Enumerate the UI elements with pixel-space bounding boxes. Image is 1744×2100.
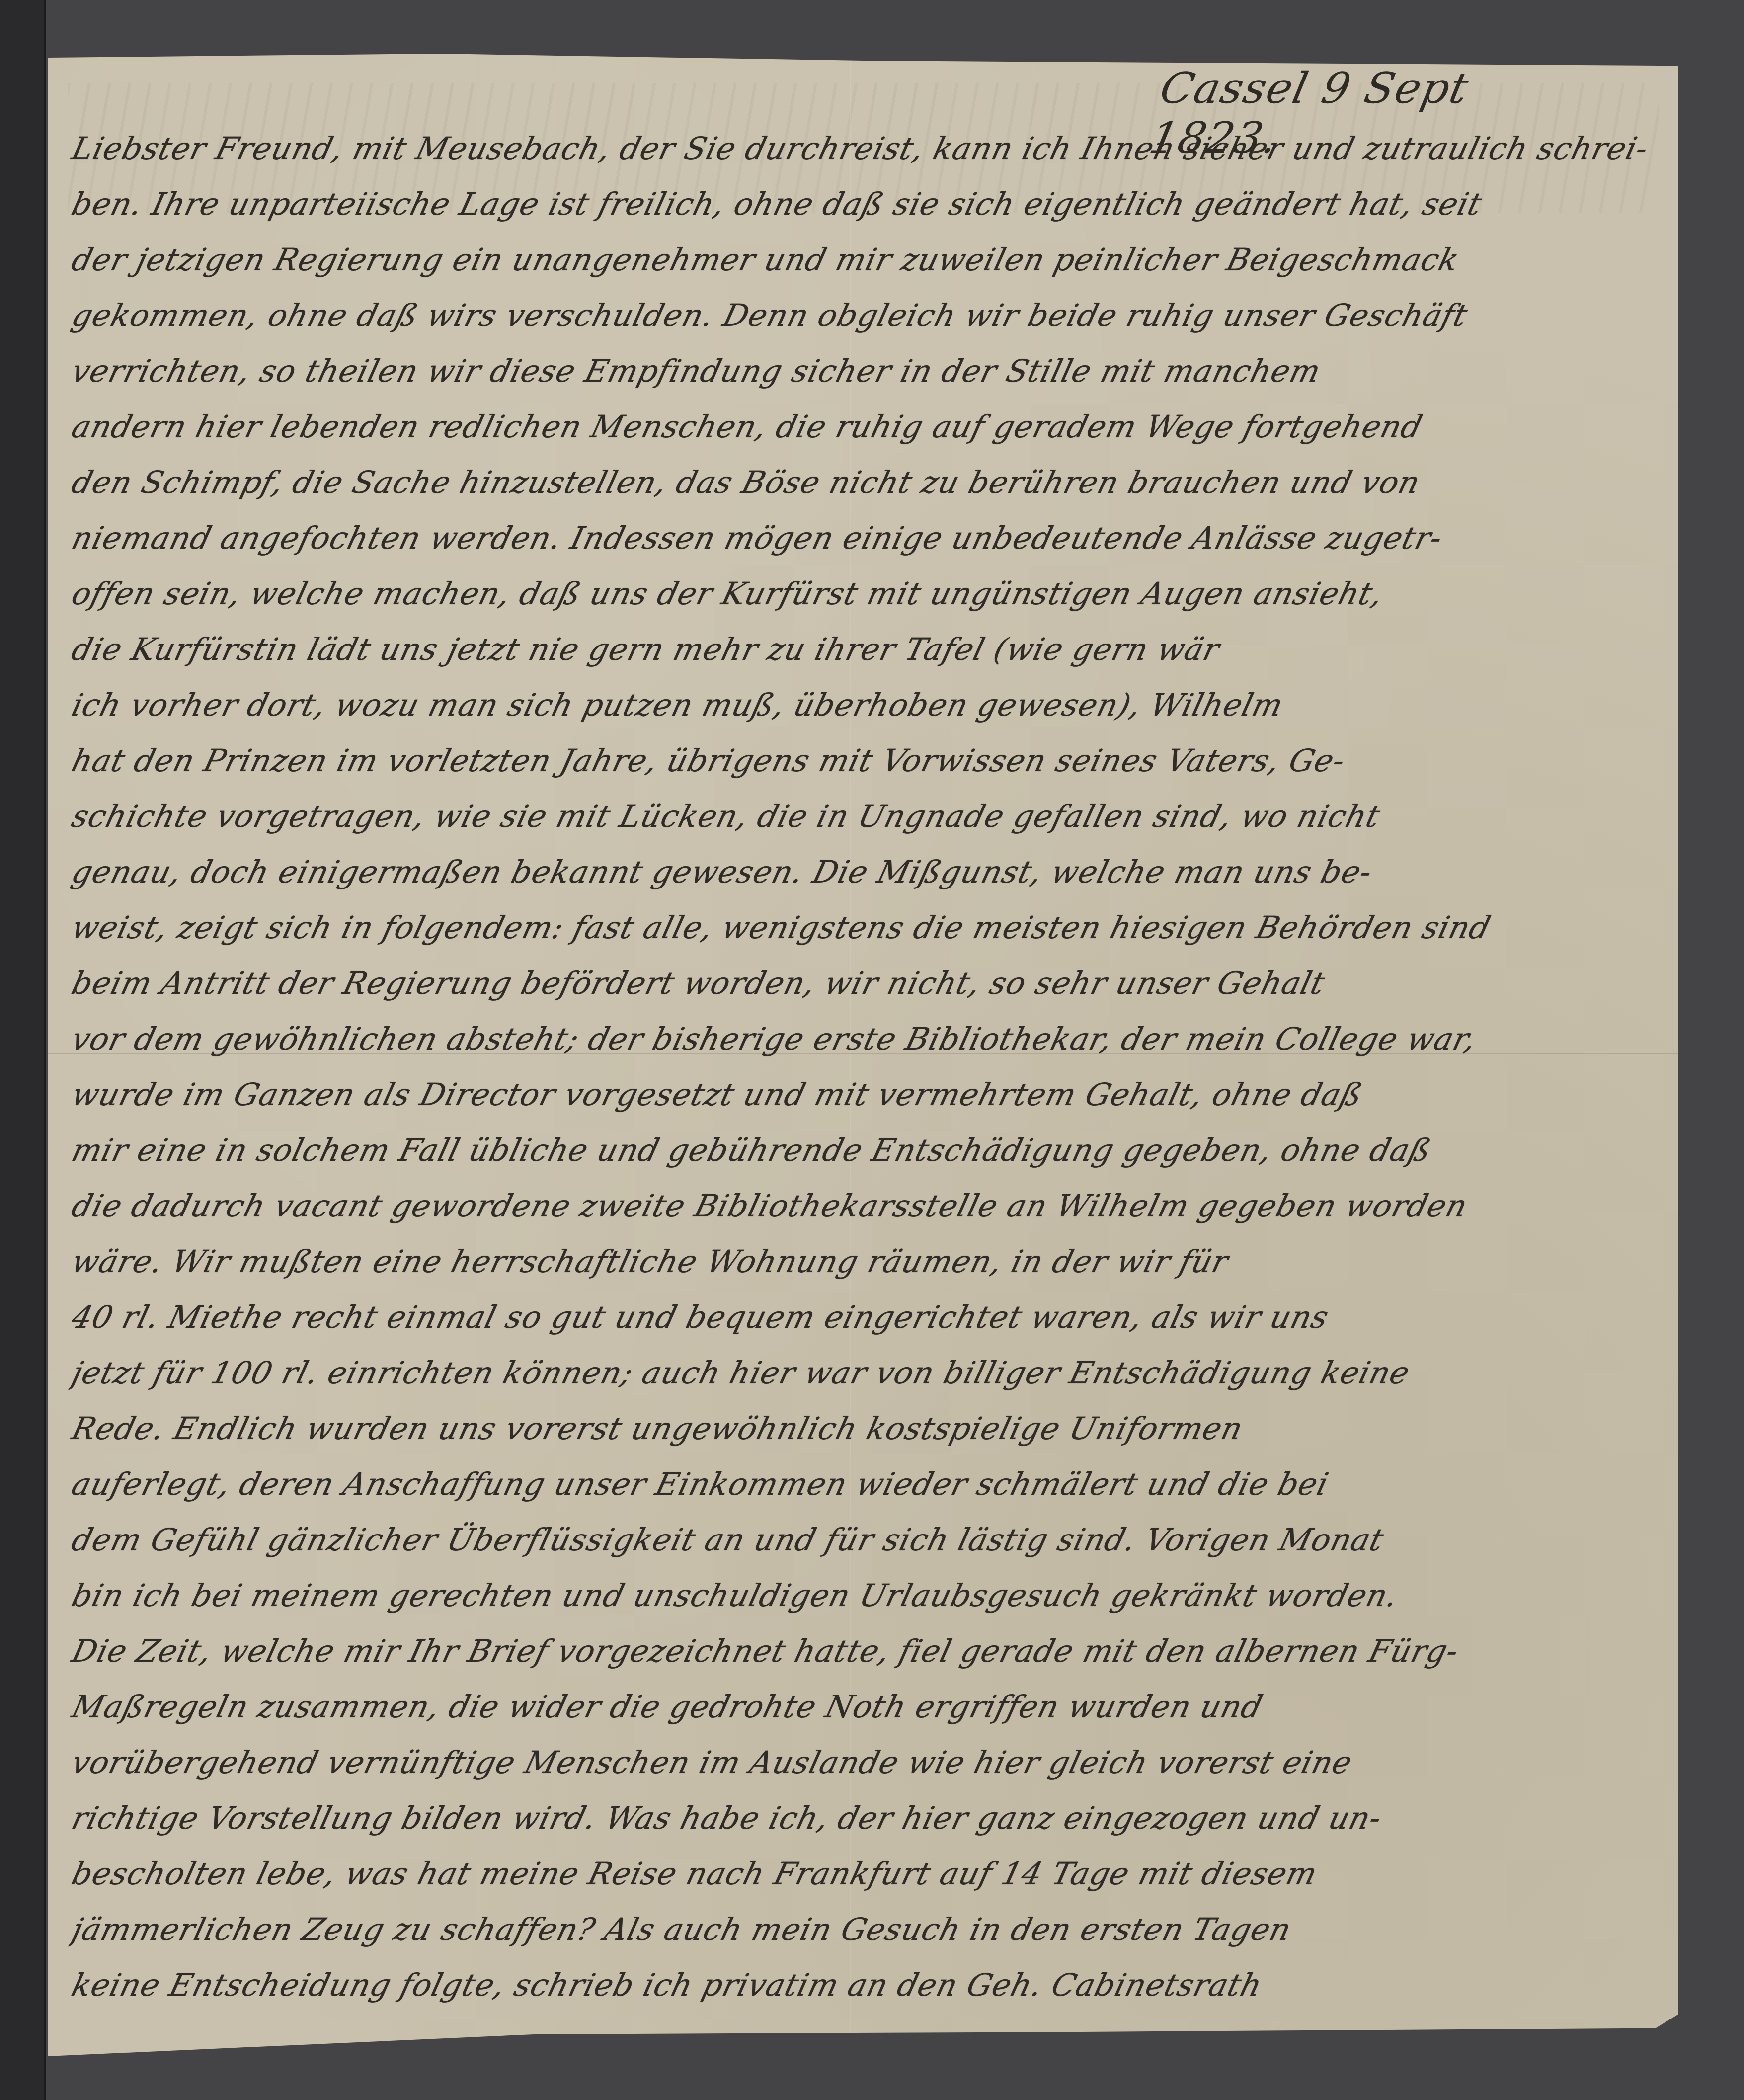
text-line: auferlegt, deren Anschaffung unser Einko… — [66, 1456, 1655, 1512]
text-line: bin ich bei meinem gerechten und unschul… — [66, 1568, 1655, 1623]
text-line: ich vorher dort, wozu man sich putzen mu… — [66, 677, 1655, 733]
text-line: richtige Vorstellung bilden wird. Was ha… — [66, 1790, 1655, 1846]
text-line: weist, zeigt sich in folgendem: fast all… — [66, 900, 1655, 956]
letter-body: Liebster Freund, mit Meusebach, der Sie … — [73, 121, 1648, 2013]
text-line: wäre. Wir mußten eine herrschaftliche Wo… — [66, 1234, 1655, 1290]
text-line: Liebster Freund, mit Meusebach, der Sie … — [66, 121, 1655, 176]
text-line: niemand angefochten werden. Indessen mög… — [66, 510, 1655, 566]
text-line: bescholten lebe, was hat meine Reise nac… — [66, 1846, 1655, 1902]
text-line: dem Gefühl gänzlicher Überflüssigkeit an… — [66, 1512, 1655, 1568]
text-line: Maßregeln zusammen, die wider die gedroh… — [66, 1679, 1655, 1735]
text-line: jetzt für 100 rl. einrichten können; auc… — [66, 1345, 1655, 1401]
text-line: vorübergehend vernünftige Menschen im Au… — [66, 1735, 1655, 1790]
text-line: genau, doch einigermaßen bekannt gewesen… — [66, 844, 1655, 900]
text-line: die Kurfürstin lädt uns jetzt nie gern m… — [66, 622, 1655, 677]
letter-page: Cassel 9 Sept 1823. Liebster Freund, mit… — [48, 54, 1678, 2056]
text-line: wurde im Ganzen als Director vorgesetzt … — [66, 1067, 1655, 1123]
text-line: hat den Prinzen im vorletzten Jahre, übr… — [66, 733, 1655, 789]
text-line: vor dem gewöhnlichen absteht; der bisher… — [66, 1011, 1655, 1067]
text-line: Rede. Endlich wurden uns vorerst ungewöh… — [66, 1401, 1655, 1456]
text-line: ben. Ihre unparteiische Lage ist freilic… — [66, 176, 1655, 232]
text-line: 40 rl. Miethe recht einmal so gut und be… — [66, 1290, 1655, 1345]
text-line: gekommen, ohne daß wirs verschulden. Den… — [66, 288, 1655, 343]
text-line: mir eine in solchem Fall übliche und geb… — [66, 1123, 1655, 1178]
text-line: keine Entscheidung folgte, schrieb ich p… — [66, 1957, 1655, 2013]
text-line: der jetzigen Regierung ein unangenehmer … — [66, 232, 1655, 288]
text-line: beim Antritt der Regierung befördert wor… — [66, 956, 1655, 1011]
text-line: andern hier lebenden redlichen Menschen,… — [66, 399, 1655, 455]
text-line: schichte vorgetragen, wie sie mit Lücken… — [66, 789, 1655, 844]
text-line: den Schimpf, die Sache hinzustellen, das… — [66, 455, 1655, 510]
text-line: offen sein, welche machen, daß uns der K… — [66, 566, 1655, 622]
binder-edge-strip — [0, 0, 46, 2100]
text-line: verrichten, so theilen wir diese Empfind… — [66, 343, 1655, 399]
text-line: jämmerlichen Zeug zu schaffen? Als auch … — [66, 1902, 1655, 1957]
text-line: Die Zeit, welche mir Ihr Brief vorgezeic… — [66, 1623, 1655, 1679]
text-line: die dadurch vacant gewordene zweite Bibl… — [66, 1178, 1655, 1234]
